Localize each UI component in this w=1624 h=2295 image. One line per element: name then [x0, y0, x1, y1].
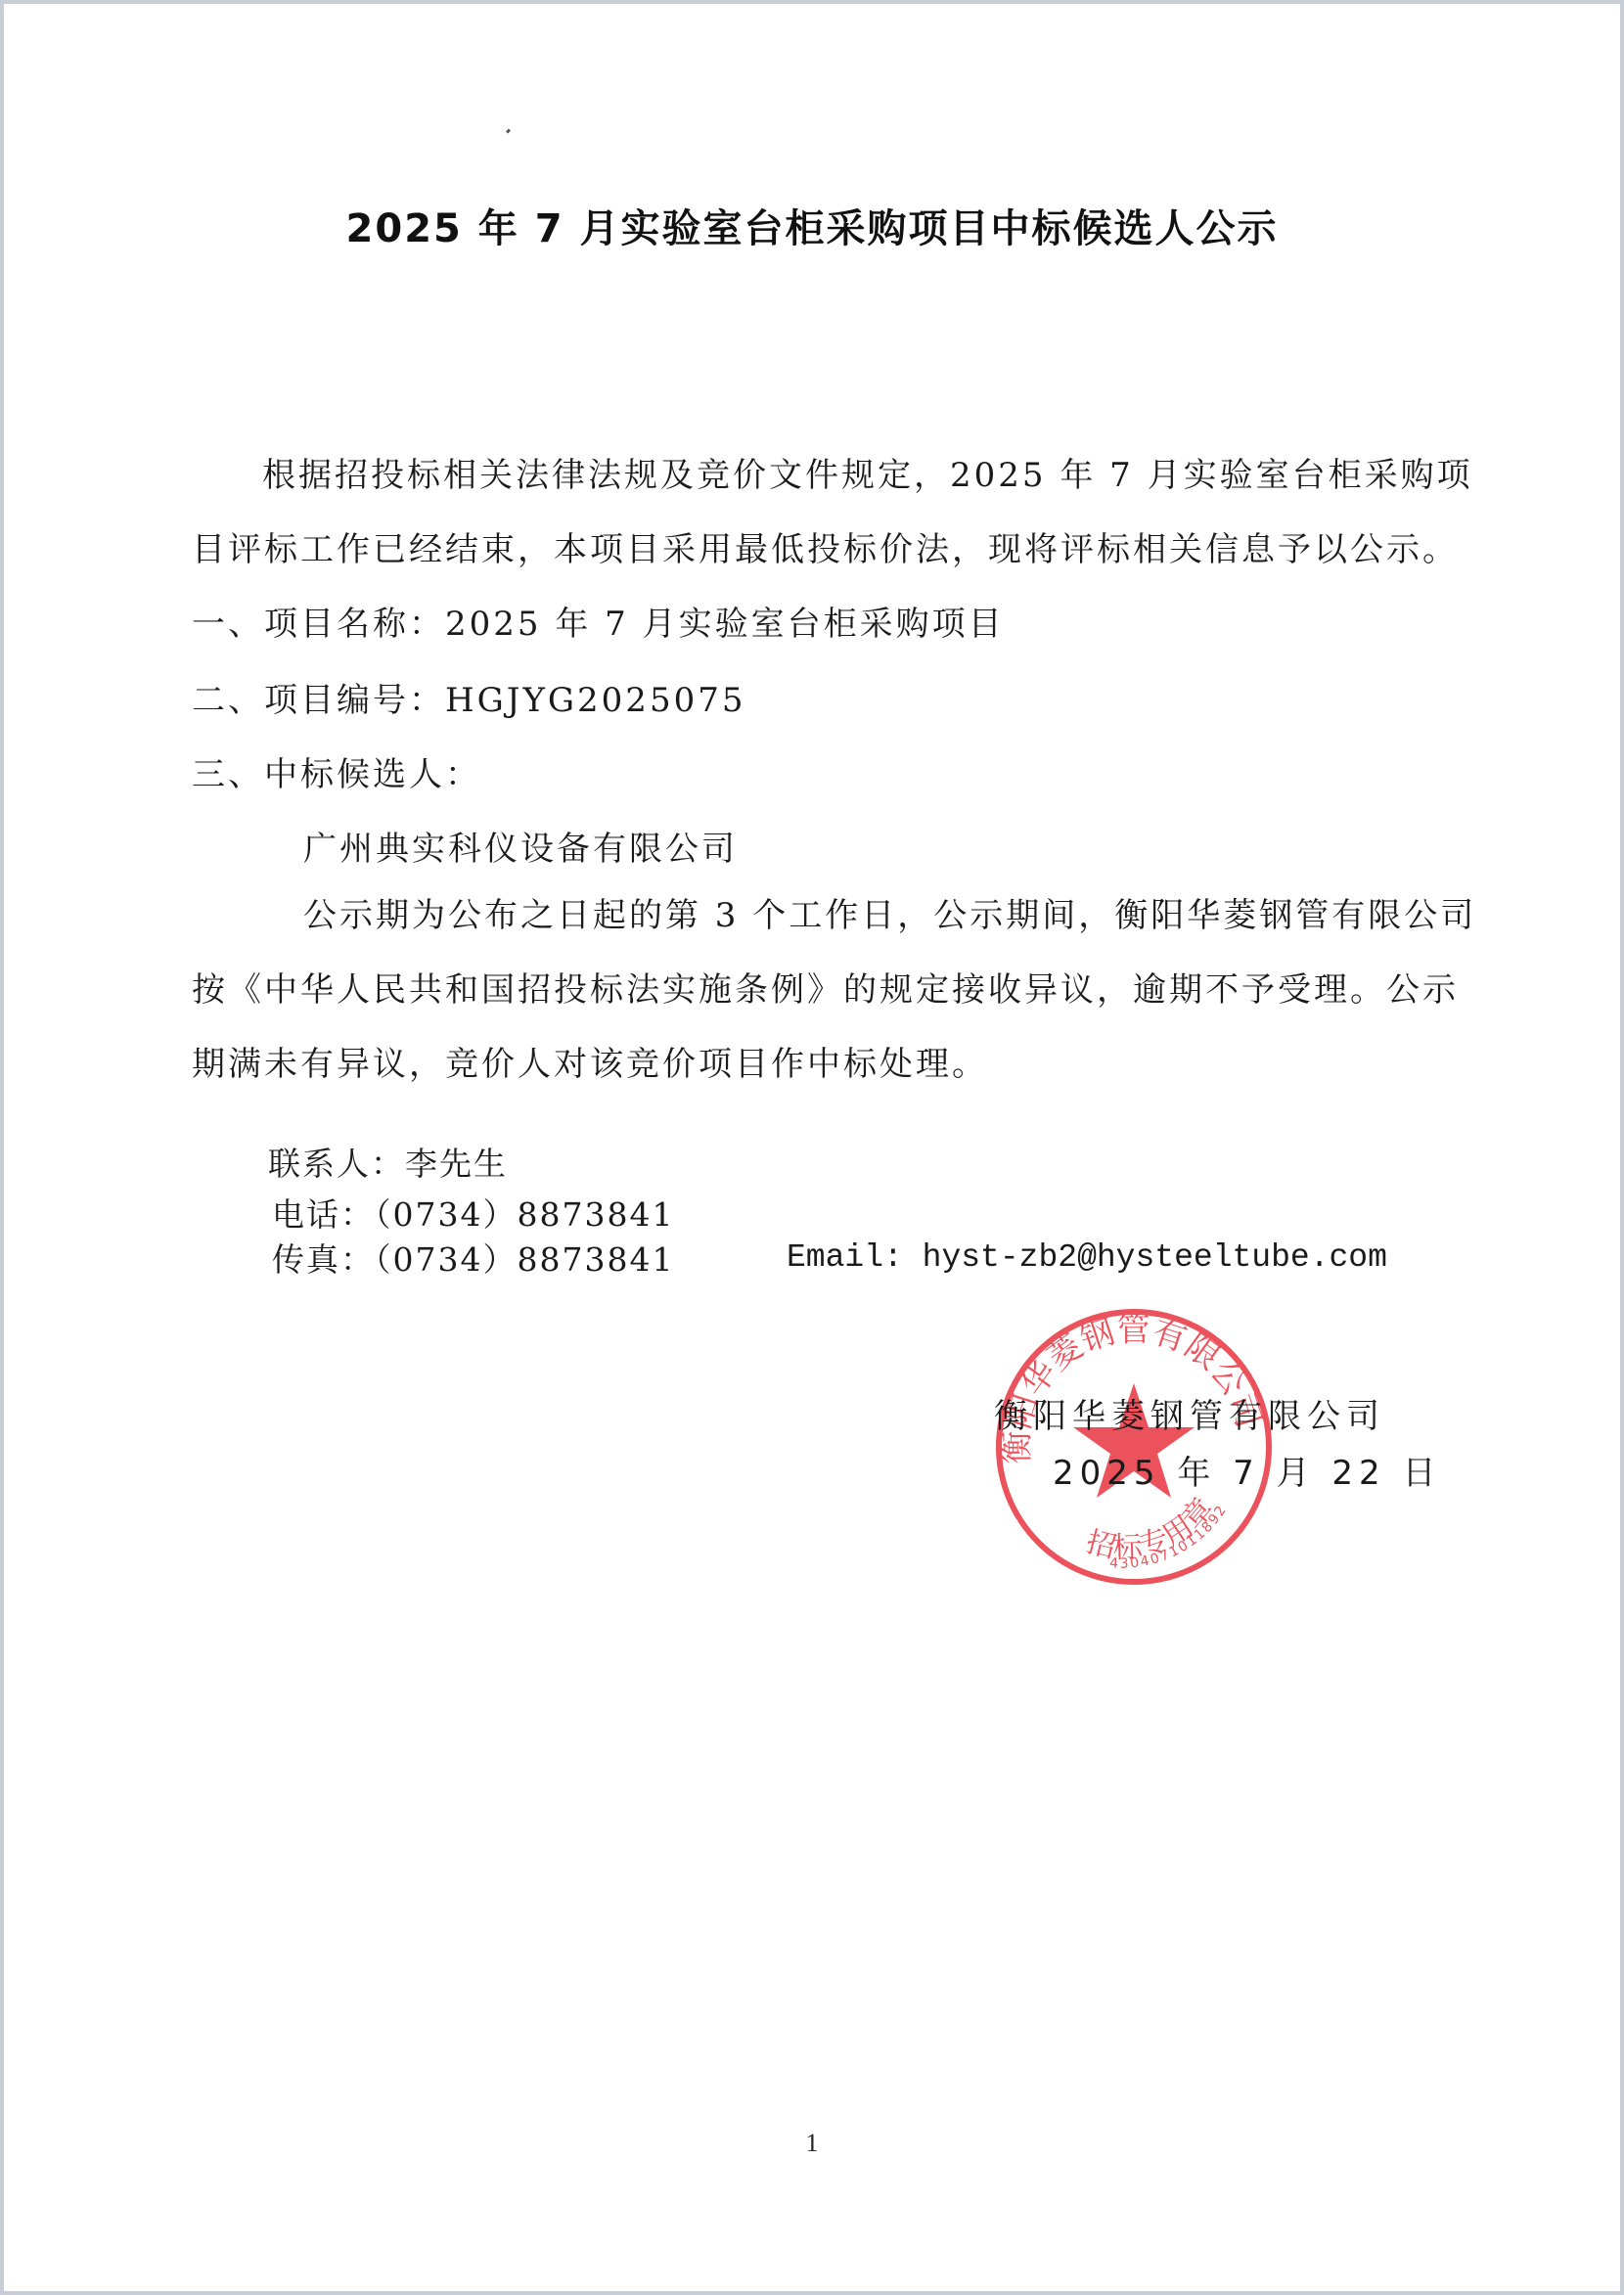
- document-page: 2025 年 7 月实验室台柜采购项目中标候选人公示 根据招投标相关法律法规及竞…: [4, 4, 1620, 2291]
- notice-paragraph-line-3: 期满未有异议，竞价人对该竞价项目作中标处理。: [192, 1045, 988, 1084]
- contact-phone-label: 电话：: [272, 1195, 375, 1234]
- scan-artifact: [506, 129, 511, 134]
- contact-person-value: 李先生: [405, 1145, 508, 1183]
- item-project-name: 一、项目名称：2025 年 7 月实验室台柜采购项目: [192, 605, 1005, 644]
- contact-phone: 电话：（0734）8873841: [272, 1195, 674, 1235]
- contact-phone-value: （0734）8873841: [375, 1195, 674, 1234]
- signature-date: 2025 年 7 月 22 日: [1053, 1454, 1441, 1493]
- intro-paragraph-line-1: 根据招投标相关法律法规及竞价文件规定，2025 年 7 月实验室台柜采购项: [262, 456, 1473, 495]
- item-label: 三、中标候选人：: [192, 755, 481, 794]
- contact-person-label: 联系人：: [268, 1145, 405, 1183]
- company-seal-stamp: 衡阳华菱钢管有限公司 招标专用章 4304071011892: [992, 1305, 1276, 1589]
- item-value: HGJYG2025075: [445, 681, 745, 720]
- contact-fax-label: 传真：: [272, 1240, 375, 1279]
- signature-company: 衡阳华菱钢管有限公司: [994, 1397, 1385, 1436]
- page-number: 1: [4, 2129, 1620, 2158]
- notice-paragraph-line-1: 公示期为公布之日起的第 3 个工作日，公示期间，衡阳华菱钢管有限公司: [303, 896, 1476, 935]
- document-title: 2025 年 7 月实验室台柜采购项目中标候选人公示: [4, 198, 1620, 253]
- item-label: 二、项目编号：: [192, 681, 445, 720]
- item-winning-candidate: 三、中标候选人：: [192, 755, 481, 794]
- contact-fax-value: （0734）8873841: [375, 1240, 674, 1279]
- contact-email-label: Email:: [787, 1239, 903, 1276]
- contact-fax: 传真：（0734）8873841: [272, 1240, 674, 1280]
- contact-email: Email: hyst-zb2@hysteeltube.com: [787, 1238, 1387, 1278]
- item-project-number: 二、项目编号：HGJYG2025075: [192, 681, 745, 720]
- intro-paragraph-line-2: 目评标工作已经结束，本项目采用最低投标价法，现将评标相关信息予以公示。: [192, 530, 1459, 569]
- contact-email-value: hyst-zb2@hysteeltube.com: [923, 1239, 1387, 1276]
- notice-paragraph-line-2: 按《中华人民共和国招投标法实施条例》的规定接收异议，逾期不予受理。公示: [192, 970, 1459, 1010]
- candidate-name: 广州典实科仪设备有限公司: [303, 830, 738, 869]
- contact-person: 联系人：李先生: [268, 1145, 508, 1184]
- item-label: 一、项目名称：: [192, 605, 445, 644]
- item-value: 2025 年 7 月实验室台柜采购项目: [445, 605, 1005, 644]
